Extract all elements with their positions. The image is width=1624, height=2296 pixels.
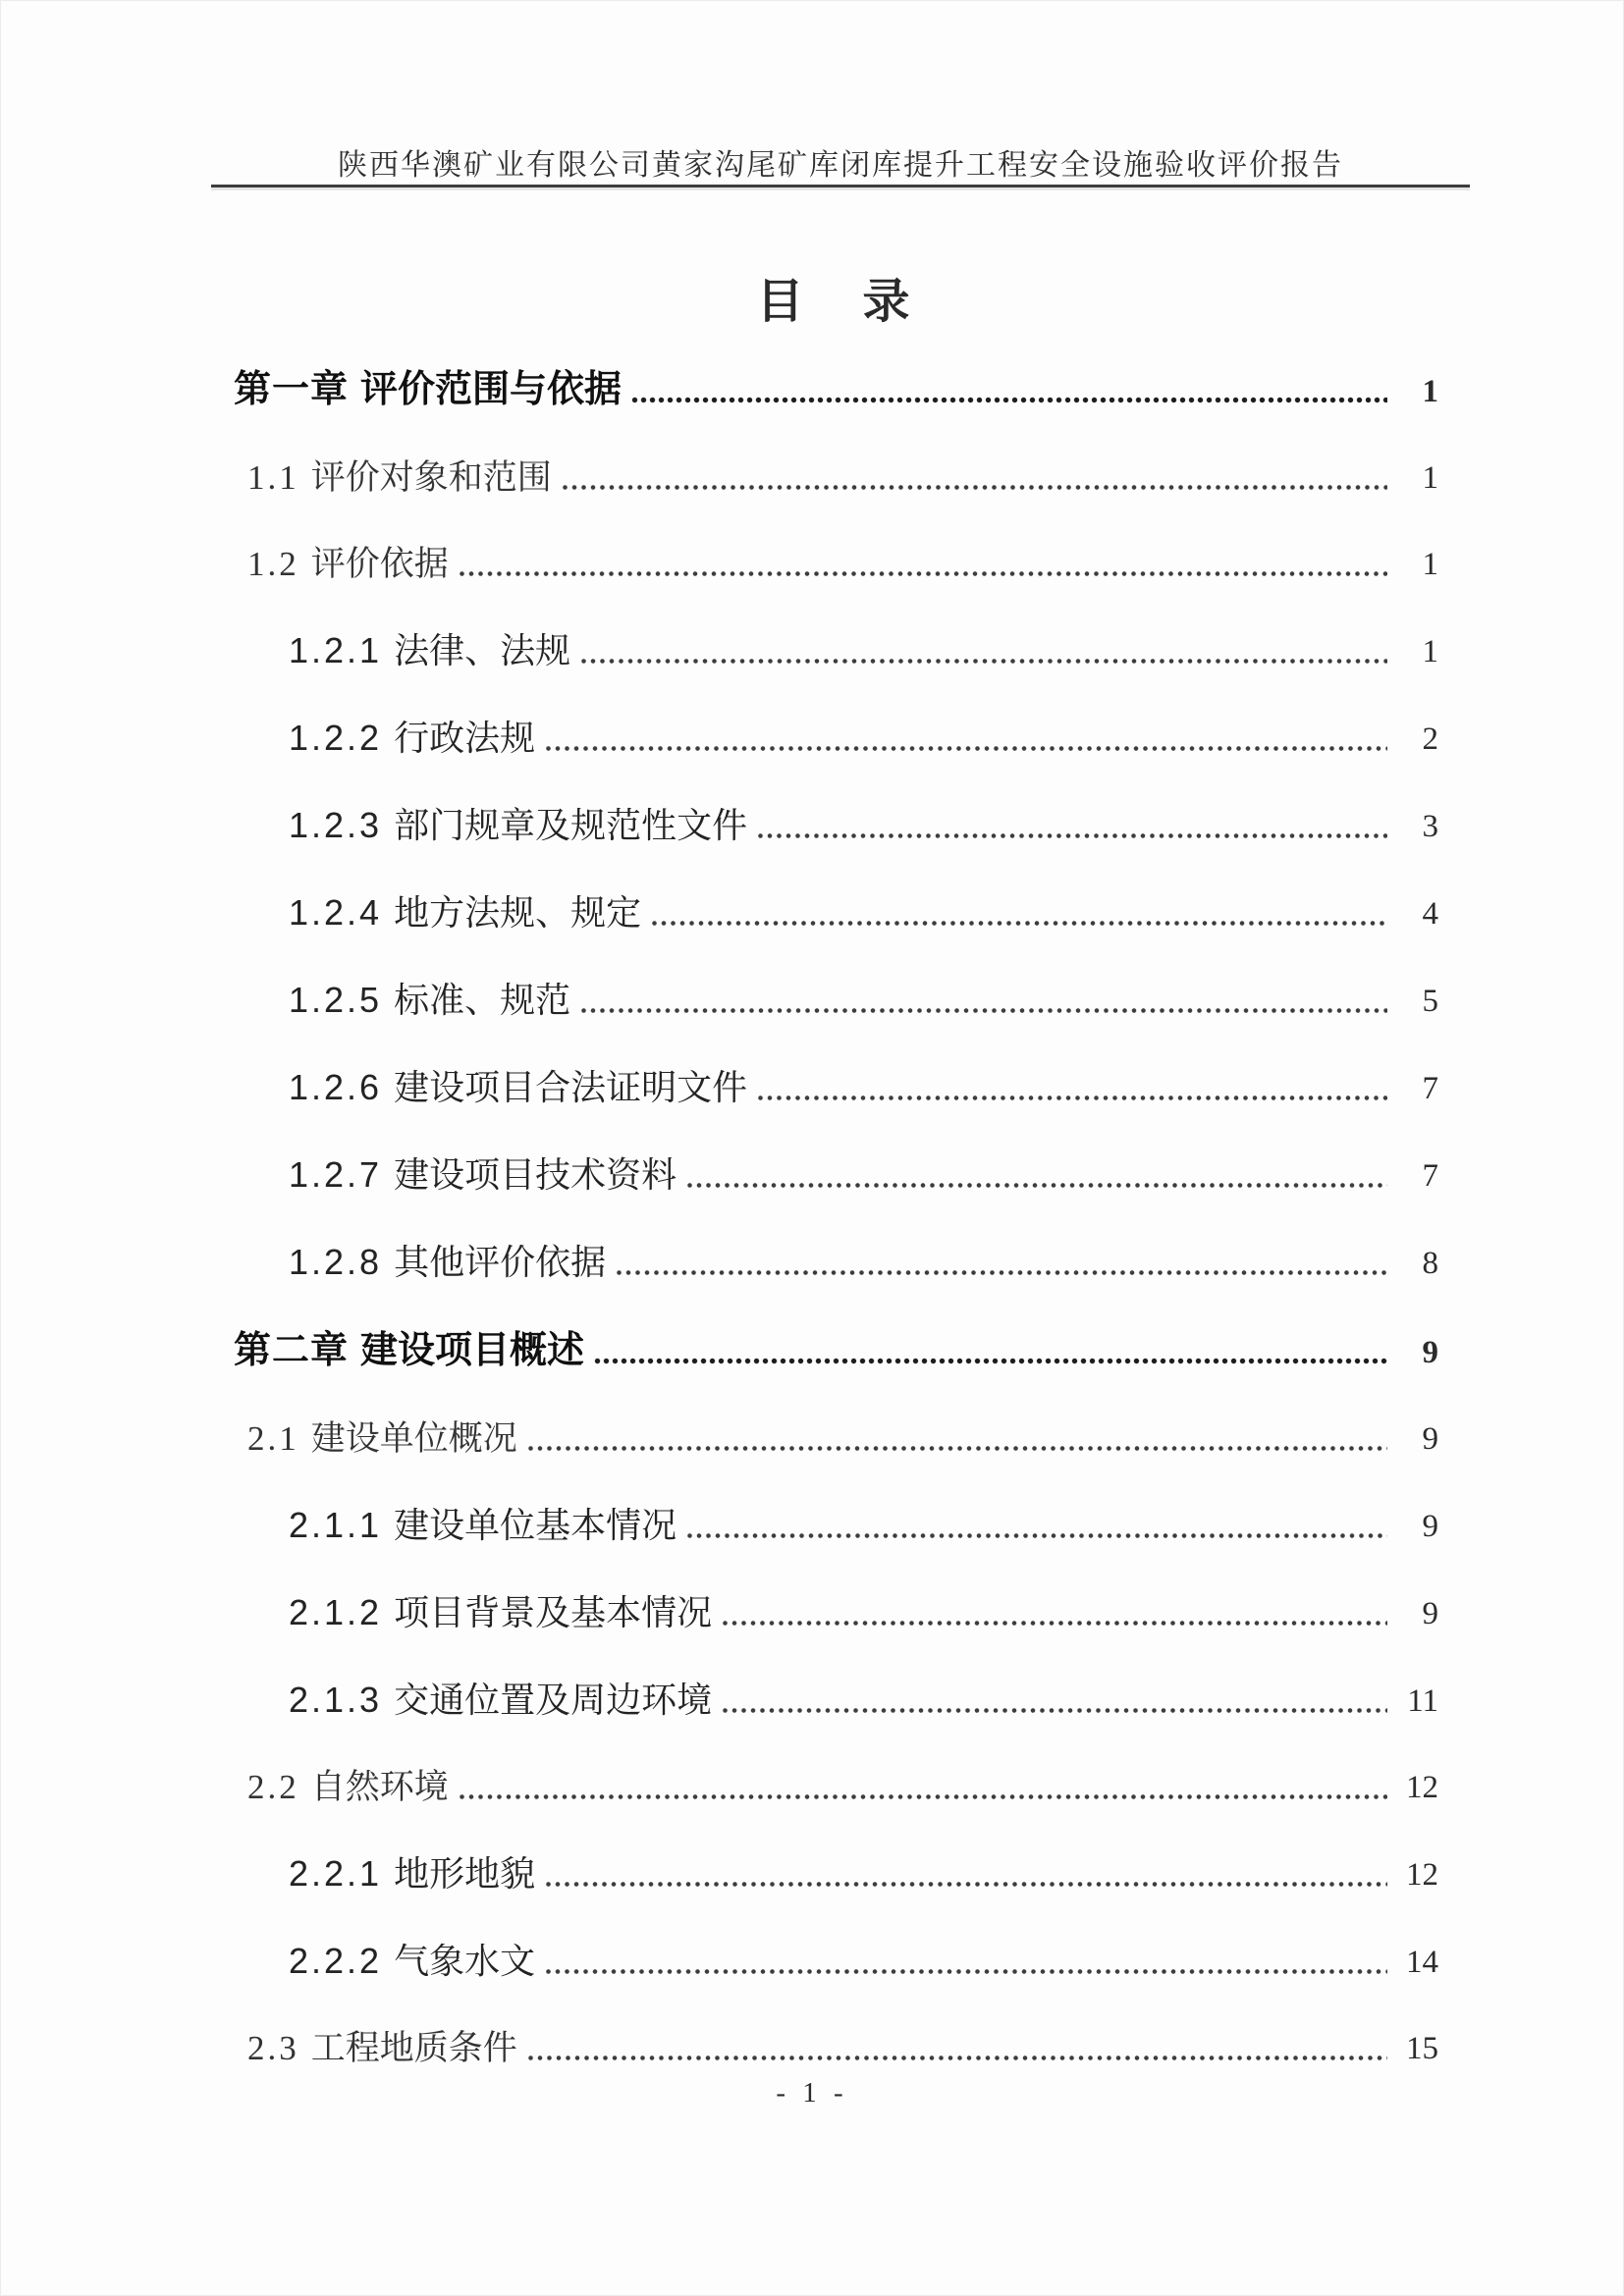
- dot-leader: [722, 1620, 1387, 1627]
- dot-leader: [459, 570, 1387, 577]
- toc-entry: 1.2.8 其他评价依据 8: [289, 1243, 1438, 1282]
- toc-entry: 1.2.4 地方法规、规定 4: [289, 893, 1438, 933]
- table-of-contents: 第一章 评价范围与依据 1 1.1 评价对象和范围 1 1.2 评价依据 1 1…: [234, 369, 1438, 2115]
- toc-entry-page: 1: [1395, 373, 1438, 410]
- toc-entry-number: 2.2: [247, 1768, 299, 1806]
- toc-entry-label: 交通位置及周边环境: [394, 1681, 712, 1720]
- dot-leader: [631, 397, 1387, 403]
- dot-leader: [651, 920, 1387, 927]
- running-header-title: 陕西华澳矿业有限公司黄家沟尾矿库闭库提升工程安全设施验收评价报告: [211, 140, 1470, 184]
- dot-leader: [545, 745, 1387, 752]
- page-number-footer: - 1 -: [0, 2077, 1624, 2109]
- toc-entry-page: 15: [1395, 2030, 1438, 2067]
- toc-entry: 1.1 评价对象和范围 1: [247, 458, 1438, 497]
- toc-entry-number: 1.1: [247, 458, 299, 497]
- dot-leader: [580, 658, 1387, 665]
- toc-entry: 1.2.5 标准、规范 5: [289, 981, 1438, 1020]
- dot-leader: [545, 1968, 1387, 1975]
- toc-entry-number: 1.2.6: [289, 1068, 382, 1107]
- dot-leader: [686, 1532, 1387, 1539]
- toc-entry: 2.2.2 气象水文 14: [289, 1942, 1438, 1981]
- dot-leader: [594, 1358, 1387, 1364]
- toc-entry-page: 4: [1395, 895, 1438, 933]
- toc-entry: 2.2.1 地形地貌 12: [289, 1854, 1438, 1894]
- toc-entry-label: 评价对象和范围: [311, 458, 552, 497]
- dot-leader: [686, 1182, 1387, 1189]
- toc-entry: 1.2.3 部门规章及规范性文件 3: [289, 806, 1438, 845]
- dot-leader: [527, 2055, 1387, 2061]
- document-page: 陕西华澳矿业有限公司黄家沟尾矿库闭库提升工程安全设施验收评价报告 目 录 第一章…: [0, 0, 1624, 2296]
- toc-entry-page: 9: [1395, 1508, 1438, 1545]
- dot-leader: [527, 1445, 1387, 1452]
- toc-entry: 2.1.1 建设单位基本情况 9: [289, 1506, 1438, 1545]
- toc-entry: 第一章 评价范围与依据 1: [234, 369, 1438, 410]
- toc-entry-page: 11: [1395, 1682, 1438, 1720]
- toc-entry-number: 2.1.3: [289, 1681, 382, 1720]
- toc-entry-label: 评价依据: [311, 545, 449, 583]
- toc-entry-label: 地方法规、规定: [394, 893, 641, 933]
- toc-entry: 2.1.3 交通位置及周边环境 11: [289, 1681, 1438, 1720]
- toc-entry-label: 项目背景及基本情况: [394, 1593, 712, 1632]
- toc-entry-label: 评价范围与依据: [360, 369, 622, 410]
- header-rule: [211, 185, 1470, 187]
- toc-entry-label: 建设项目技术资料: [394, 1155, 677, 1195]
- dot-leader: [562, 484, 1387, 491]
- toc-entry-page: 9: [1395, 1595, 1438, 1632]
- toc-entry: 2.3 工程地质条件 15: [247, 2029, 1438, 2067]
- toc-entry-label: 工程地质条件: [311, 2029, 517, 2067]
- toc-entry-page: 5: [1395, 983, 1438, 1020]
- toc-entry-number: 第二章: [234, 1330, 349, 1371]
- toc-entry-number: 1.2: [247, 545, 299, 583]
- toc-entry-number: 1.2.3: [289, 806, 382, 845]
- toc-entry-page: 12: [1395, 1856, 1438, 1894]
- toc-entry: 2.1.2 项目背景及基本情况 9: [289, 1593, 1438, 1632]
- toc-entry-page: 1: [1395, 546, 1438, 583]
- toc-entry-label: 建设项目合法证明文件: [394, 1068, 747, 1107]
- toc-entry-number: 第一章: [234, 369, 349, 410]
- toc-entry-page: 14: [1395, 1944, 1438, 1981]
- toc-entry: 第二章 建设项目概述 9: [234, 1330, 1438, 1371]
- toc-entry-number: 2.1.1: [289, 1506, 382, 1545]
- toc-entry-label: 其他评价依据: [394, 1243, 606, 1282]
- toc-entry-page: 9: [1395, 1334, 1438, 1371]
- toc-entry-number: 2.2.1: [289, 1854, 382, 1894]
- dot-leader: [545, 1881, 1387, 1888]
- toc-entry-label: 建设单位概况: [311, 1419, 517, 1458]
- toc-entry-page: 12: [1395, 1769, 1438, 1806]
- toc-entry-number: 1.2.1: [289, 631, 382, 670]
- toc-entry-page: 1: [1395, 633, 1438, 670]
- toc-entry-number: 2.2.2: [289, 1942, 382, 1981]
- toc-entry-number: 2.1: [247, 1419, 299, 1458]
- toc-entry-label: 建设项目概述: [360, 1330, 584, 1371]
- toc-entry: 1.2.6 建设项目合法证明文件 7: [289, 1068, 1438, 1107]
- toc-entry-label: 地形地貌: [394, 1854, 535, 1894]
- toc-entry-page: 7: [1395, 1157, 1438, 1195]
- toc-entry-page: 8: [1395, 1245, 1438, 1282]
- dot-leader: [580, 1007, 1387, 1014]
- toc-entry-label: 建设单位基本情况: [394, 1506, 677, 1545]
- dot-leader: [722, 1707, 1387, 1714]
- toc-entry-page: 1: [1395, 459, 1438, 497]
- page-title: 目 录: [234, 263, 1438, 331]
- toc-entry: 1.2.1 法律、法规 1: [289, 631, 1438, 670]
- toc-entry-number: 1.2.8: [289, 1243, 382, 1282]
- toc-entry-number: 1.2.7: [289, 1155, 382, 1195]
- toc-entry-number: 1.2.4: [289, 893, 382, 933]
- toc-entry-page: 9: [1395, 1420, 1438, 1458]
- dot-leader: [757, 832, 1387, 839]
- dot-leader: [459, 1793, 1387, 1800]
- toc-entry: 2.1 建设单位概况 9: [247, 1419, 1438, 1458]
- toc-entry-page: 3: [1395, 808, 1438, 845]
- toc-entry-label: 行政法规: [394, 719, 535, 758]
- toc-entry-page: 7: [1395, 1070, 1438, 1107]
- toc-entry: 1.2.7 建设项目技术资料 7: [289, 1155, 1438, 1195]
- dot-leader: [616, 1269, 1387, 1276]
- toc-entry: 1.2.2 行政法规 2: [289, 719, 1438, 758]
- toc-entry-number: 2.1.2: [289, 1593, 382, 1632]
- toc-entry-number: 1.2.5: [289, 981, 382, 1020]
- toc-entry-label: 自然环境: [311, 1768, 449, 1806]
- toc-entry-number: 2.3: [247, 2029, 299, 2067]
- toc-entry-number: 1.2.2: [289, 719, 382, 758]
- dot-leader: [757, 1095, 1387, 1101]
- toc-entry-label: 部门规章及规范性文件: [394, 806, 747, 845]
- toc-entry-label: 法律、法规: [394, 631, 570, 670]
- toc-entry-page: 2: [1395, 721, 1438, 758]
- toc-entry-label: 气象水文: [394, 1942, 535, 1981]
- toc-entry: 2.2 自然环境 12: [247, 1768, 1438, 1806]
- toc-entry-label: 标准、规范: [394, 981, 570, 1020]
- toc-entry: 1.2 评价依据 1: [247, 545, 1438, 583]
